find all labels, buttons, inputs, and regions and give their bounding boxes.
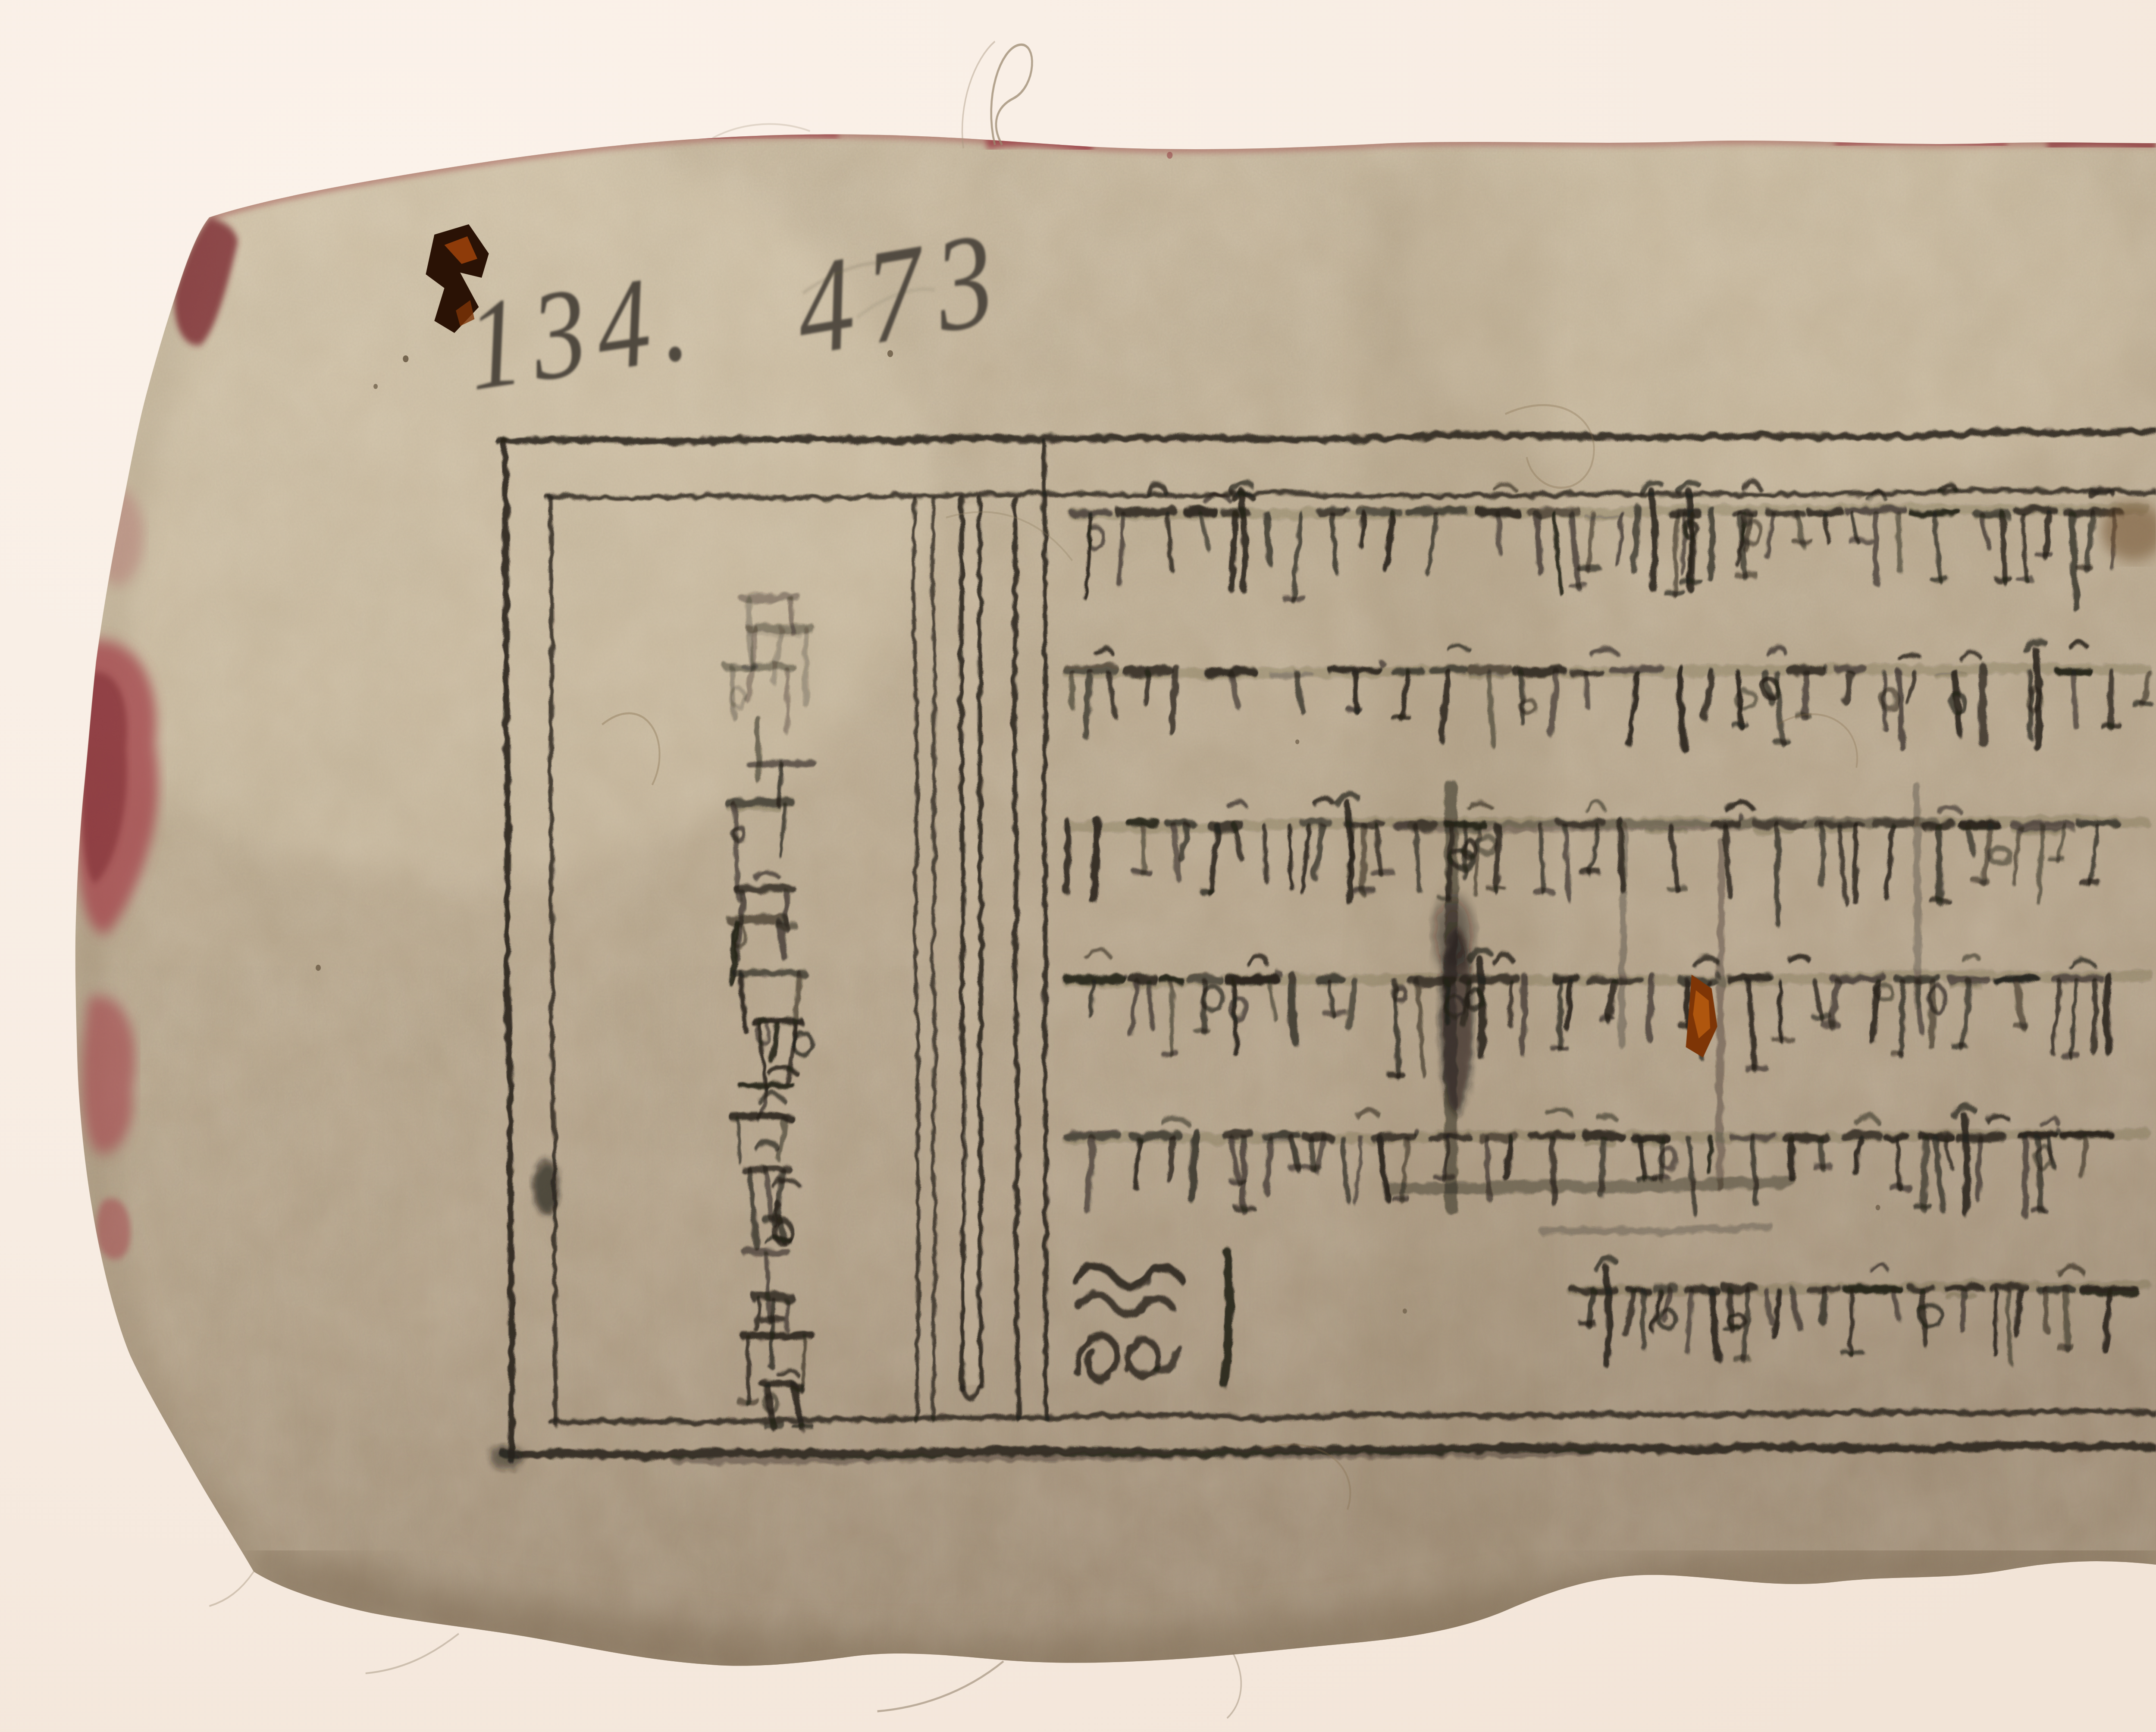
glyph-head <box>1555 978 1576 979</box>
glyph-head <box>732 1116 791 1119</box>
glyph-body <box>1901 982 1903 1056</box>
glyph-body <box>2008 1290 2010 1362</box>
glyph-body <box>1169 1139 1173 1179</box>
glyph-body <box>1416 826 1419 890</box>
divider-channel-light <box>965 504 978 1384</box>
tall-stroke <box>1479 959 1483 1056</box>
glyph-body <box>2002 514 2005 581</box>
glyph-body <box>1487 1139 1489 1198</box>
glyph-body <box>1174 826 1178 877</box>
manuscript-photo: 134. 473 <box>0 0 2156 1732</box>
shad <box>2106 976 2109 1052</box>
glyph-head <box>1303 822 1328 823</box>
glyph-body <box>1290 826 1291 888</box>
glyph-body <box>1601 1139 1604 1195</box>
shad <box>1649 976 1652 1038</box>
tall-stroke <box>1689 492 1692 588</box>
glyph-body <box>738 1119 740 1161</box>
glyph-body <box>1521 673 1523 722</box>
tsheg-dot <box>1800 817 1805 823</box>
tsheg-dot <box>1275 969 1281 976</box>
glyph-body <box>1780 982 1781 1041</box>
glyph-body <box>1996 1290 1996 1355</box>
shad <box>1620 821 1623 890</box>
glyph-body <box>1355 673 1357 712</box>
shad <box>1192 1133 1196 1198</box>
glyph-body <box>1823 1290 1824 1322</box>
glyph-body <box>1939 826 1940 903</box>
shad <box>1710 509 1712 577</box>
glyph-body <box>1822 826 1823 885</box>
glyph-body <box>1496 826 1498 890</box>
speck <box>316 965 321 971</box>
shad <box>1522 976 1525 1051</box>
glyph-head <box>730 919 785 921</box>
tall-stroke <box>1651 492 1655 588</box>
tall-stroke <box>1605 1268 1609 1365</box>
speck <box>1403 1308 1407 1314</box>
glyph-body <box>1855 826 1857 900</box>
tsheg-dot <box>1823 664 1827 670</box>
glyph-body <box>2066 1290 2068 1349</box>
glyph-body <box>1746 514 1750 549</box>
shad <box>1291 976 1295 1041</box>
tsheg-dot <box>1738 814 1744 821</box>
glyph-head <box>737 888 793 890</box>
tall-stroke <box>2036 650 2039 747</box>
tall-stroke <box>1964 1116 1968 1213</box>
shad <box>1066 821 1068 891</box>
glyph-body <box>1088 1139 1092 1211</box>
glyph-head <box>729 802 791 803</box>
glyph-body <box>758 719 758 781</box>
glyph-head <box>1408 511 1464 511</box>
glyph-body <box>1875 514 1876 582</box>
tsheg-dot <box>1768 973 1773 978</box>
glyph-body <box>1851 1290 1852 1355</box>
glyph-head <box>2062 1134 2110 1136</box>
glyph-body <box>1899 673 1902 747</box>
divider-right <box>979 499 982 1387</box>
glyph-body <box>2046 1290 2047 1330</box>
glyph-body <box>1709 1139 1711 1172</box>
glyph-body <box>1643 1290 1644 1347</box>
glyph-body <box>1777 826 1778 922</box>
shad <box>1171 668 1175 731</box>
tall-stroke <box>1347 804 1351 901</box>
glyph-body <box>1791 1139 1792 1178</box>
glyph-body <box>1267 514 1270 561</box>
shad <box>1983 668 1983 743</box>
left-dye-patch-mid <box>82 996 135 1154</box>
glyph-head <box>1470 669 1509 670</box>
glyph-body <box>748 1337 748 1404</box>
tsheg-dot <box>1413 1129 1419 1136</box>
speck <box>1295 739 1299 744</box>
glyph-body <box>1589 1290 1593 1325</box>
glyph-head <box>1226 1133 1250 1135</box>
speck <box>1876 1205 1880 1211</box>
opening-shad <box>1224 1252 1229 1384</box>
glyph-body <box>1898 514 1900 571</box>
glyph-body <box>2094 982 2095 1052</box>
textblock-left-2 <box>1044 442 1047 1418</box>
tsheg-dot <box>1714 972 1720 979</box>
glyph-head <box>1131 978 1154 979</box>
glyph-body <box>1805 673 1806 718</box>
glyph-body <box>806 630 806 705</box>
glyph-body <box>1738 673 1741 726</box>
glyph-body <box>1498 514 1500 552</box>
glyph-head <box>743 1335 811 1336</box>
glyph-head <box>735 973 805 974</box>
glyph-body <box>1266 1139 1270 1192</box>
speck <box>403 355 408 362</box>
glyph-body <box>1541 826 1544 893</box>
speck <box>887 350 893 357</box>
tsheg-dot <box>1343 505 1350 514</box>
glyph-body <box>2110 673 2112 727</box>
divider-left <box>961 499 964 1389</box>
glyph-body <box>1311 1139 1314 1170</box>
glyph-body <box>1537 514 1540 572</box>
glyph-body <box>1147 673 1148 703</box>
dye-speck-2 <box>1167 152 1172 159</box>
glyph-body <box>1753 1139 1756 1203</box>
glyph-body <box>1567 982 1570 1028</box>
glyph-body <box>1363 826 1365 893</box>
paper-surface: 134. 473 <box>0 0 2156 1732</box>
tall-stroke <box>1241 492 1245 588</box>
glyph-head <box>727 667 793 668</box>
ink-blot-left-frame <box>533 1159 559 1214</box>
tsheg-dot <box>1123 974 1127 979</box>
glyph-head <box>1990 1286 2026 1287</box>
glyph-head <box>1118 511 1173 512</box>
glyph-body <box>1243 1139 1244 1210</box>
glyph-body <box>1552 1139 1554 1203</box>
glyph-body <box>1265 826 1266 880</box>
glyph-head <box>1655 1288 1676 1289</box>
glyph-body <box>1962 1290 1964 1329</box>
glyph-body <box>2025 1139 2026 1216</box>
glyph-body <box>1683 514 1685 574</box>
glyph-body <box>1586 673 1588 706</box>
speck <box>373 384 378 389</box>
shad <box>1094 821 1098 900</box>
glyph-body <box>1821 1139 1823 1168</box>
glyph-body <box>1924 1139 1927 1208</box>
glyph-body <box>787 669 787 732</box>
glyph-body <box>1922 1290 1925 1343</box>
tsheg-dot <box>1379 660 1385 667</box>
glyph-body <box>1071 673 1072 706</box>
ghost-smudge-upper <box>1433 897 1473 973</box>
glyph-body <box>1977 1139 1981 1198</box>
glyph-head <box>2078 823 2117 823</box>
glyph-body <box>2045 514 2049 556</box>
glyph-body <box>2074 673 2076 726</box>
ink-blot-corner <box>490 1446 525 1470</box>
